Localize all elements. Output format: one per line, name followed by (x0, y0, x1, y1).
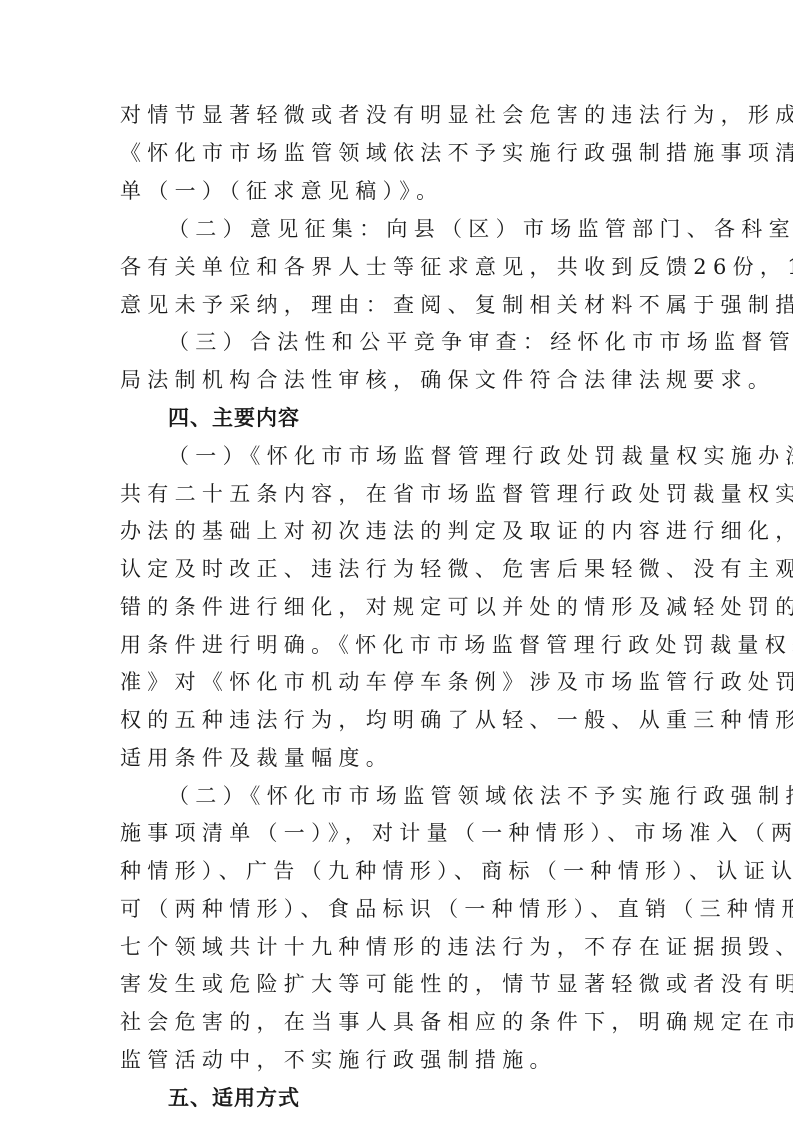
paragraph-line: （二）《怀化市市场监管领域依法不予实施行政强制措 (168, 781, 728, 811)
paragraph-line: 适用条件及裁量幅度。 (120, 743, 680, 773)
paragraph-line: 共有二十五条内容，在省市场监督管理行政处罚裁量权实施 (120, 479, 680, 509)
paragraph-line: 七个领域共计十九种情形的违法行为，不存在证据损毁、危 (120, 932, 680, 962)
paragraph-line: 用条件进行明确。《怀化市市场监督管理行政处罚裁量权基 (120, 630, 680, 660)
paragraph-line: （三）合法性和公平竞争审查：经怀化市市场监督管理 (168, 327, 728, 357)
paragraph-line: 对情节显著轻微或者没有明显社会危害的违法行为，形成 (120, 100, 680, 130)
paragraph-line: 监管活动中，不实施行政强制措施。 (120, 1045, 680, 1075)
section-heading-application: 五、适用方式 (168, 1083, 728, 1113)
paragraph-line: 可（两种情形）、食品标识（一种情形）、直销（三种情形） (120, 894, 680, 924)
paragraph-line: 《怀化市市场监管领域依法不予实施行政强制措施事项清 (120, 138, 680, 168)
paragraph-line: 错的条件进行细化，对规定可以并处的情形及减轻处罚的适 (120, 592, 680, 622)
paragraph-line: 意见未予采纳，理由：查阅、复制相关材料不属于强制措施。 (120, 290, 680, 320)
paragraph-line: 单（一）（征求意见稿）》。 (120, 176, 680, 206)
paragraph-line: 种情形）、广告（九种情形）、商标（一种情形）、认证认 (120, 856, 680, 886)
paragraph-line: 施事项清单（一）》，对计量（一种情形）、市场准入（两 (120, 818, 680, 848)
paragraph-line: （二）意见征集：向县（区）市场监管部门、各科室、 (168, 214, 728, 244)
paragraph-line: 社会危害的，在当事人具备相应的条件下，明确规定在市场 (120, 1007, 680, 1037)
paragraph-line: 各有关单位和各界人士等征求意见，共收到反馈26份，1份 (120, 252, 680, 282)
paragraph-line: 权的五种违法行为，均明确了从轻、一般、从重三种情形的 (120, 705, 680, 735)
document-page: 对情节显著轻微或者没有明显社会危害的违法行为，形成 《怀化市市场监管领域依法不予… (0, 0, 793, 1122)
paragraph-line: 害发生或危险扩大等可能性的，情节显著轻微或者没有明显 (120, 969, 680, 999)
section-heading-main-content: 四、主要内容 (168, 403, 728, 433)
paragraph-line: （一）《怀化市市场监督管理行政处罚裁量权实施办法》 (168, 441, 728, 471)
paragraph-line: 办法的基础上对初次违法的判定及取证的内容进行细化，对 (120, 516, 680, 546)
paragraph-line: 局法制机构合法性审核，确保文件符合法律法规要求。 (120, 365, 680, 395)
paragraph-line: 准》对《怀化市机动车停车条例》涉及市场监管行政处罚职 (120, 667, 680, 697)
paragraph-line: 认定及时改正、违法行为轻微、危害后果轻微、没有主观过 (120, 554, 680, 584)
